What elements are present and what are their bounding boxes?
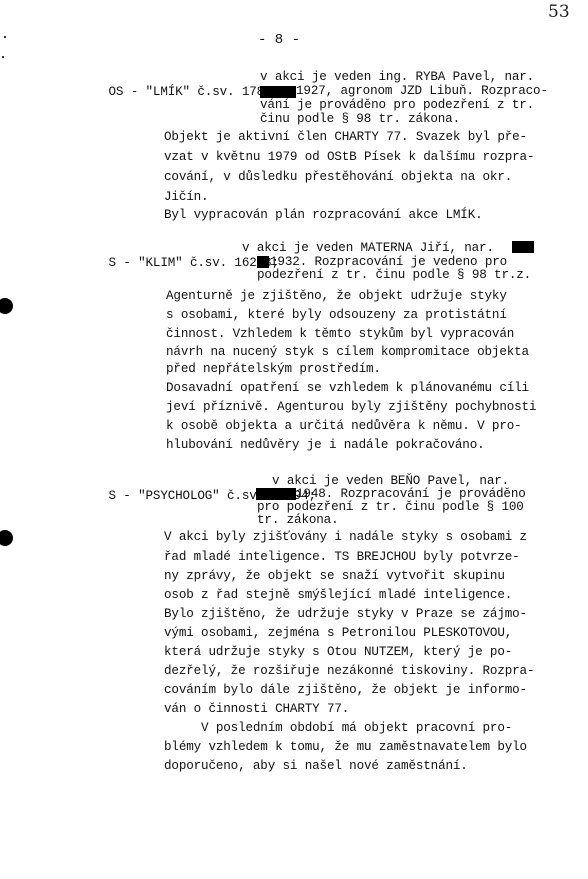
body-line: dezřelý, že rozšiřuje nezákonné tiskovin… — [164, 664, 534, 679]
body-line: cování, v důsledku přestěhování objekta … — [164, 170, 512, 185]
body-line: ny zprávy, že objekt se snaží vytvořit s… — [164, 569, 505, 584]
body-line: blémy vzhledem k tomu, že mu zaměstnavat… — [164, 740, 527, 755]
entry-code: S — [108, 489, 115, 503]
redaction-box — [512, 241, 534, 253]
header-line: v akci je veden MATERNA Jiří, nar. — [242, 241, 494, 256]
redaction-box — [257, 256, 269, 268]
header-line: vání je prováděno pro podezření z tr. — [260, 98, 534, 113]
body-line: Agenturně je zjištěno, že objekt udržuje… — [166, 289, 507, 304]
body-line: návrh na nucený styk s cílem kompromitac… — [166, 345, 529, 360]
body-line: vými osobami, zejména s Petronilou PLESK… — [164, 626, 512, 641]
body-line: Objekt je aktivní člen CHARTY 77. Svazek… — [164, 130, 527, 145]
body-line: řad mladé inteligence. TS BREJCHOU byly … — [164, 550, 520, 565]
action-name: "PSYCHOLOG" — [138, 489, 219, 503]
body-line: hlubování nedůvěry je i nadále pokračová… — [166, 438, 485, 453]
header-line: podezření z tr. činu podle § 98 tr.z. — [257, 268, 531, 283]
header-line: 1927, agronom JZD Libuň. Rozpraco- — [296, 84, 548, 99]
entry-code: OS — [108, 85, 123, 99]
body-line: k osobě objekta a určitá nedůvěra k němu… — [166, 419, 522, 434]
handwritten-page-number: 53 — [548, 2, 570, 22]
body-line: před nepřátelským prostředím. — [166, 362, 381, 377]
action-name: "LMÍK" — [146, 85, 190, 99]
body-line: vzat v květnu 1979 od OStB Písek k další… — [164, 150, 534, 165]
entry-code: S — [108, 256, 115, 270]
body-line: Bylo zjištěno, že udržuje styky v Praze … — [164, 607, 527, 622]
body-line: která udržuje styky s Otou NUTZEM, který… — [164, 645, 512, 660]
body-line: Dosavadní opatření se vzhledem k plánova… — [166, 381, 529, 396]
punch-hole-bottom — [0, 530, 13, 546]
redaction-box — [256, 488, 296, 500]
body-line: Byl vypracován plán rozpracování akce LM… — [164, 208, 483, 223]
body-line: cováním bylo dále zjištěno, že objekt je… — [164, 683, 527, 698]
body-line: doporučeno, aby si našel nové zaměstnání… — [164, 759, 468, 774]
header-line: v akci je veden ing. RYBA Pavel, nar. — [260, 70, 534, 85]
body-line: s osobami, které byly odsouzeny za proti… — [166, 308, 507, 323]
body-line: jeví příznivě. Agenturou byly zjištěny p… — [166, 400, 536, 415]
redaction-box — [260, 86, 296, 98]
body-line: Jičín. — [164, 190, 208, 205]
action-name: "KLIM" — [138, 256, 182, 270]
entry-prefix: OS - "LMÍK" č.sv. 17858, — [64, 70, 286, 115]
body-line: činnost. Vzhledem k těmto stykům byl vyp… — [166, 327, 514, 342]
speck — [4, 36, 6, 38]
header-line: činu podle § 98 tr. zákona. — [260, 112, 460, 127]
header-line: tr. zákona. — [257, 513, 338, 528]
speck — [2, 56, 4, 58]
page-number: - 8 - — [258, 32, 300, 48]
body-line: osob z řad stejně smýšlející mladé intel… — [164, 588, 512, 603]
body-line: ván o činnosti CHARTY 77. — [164, 702, 349, 717]
body-line: V posledním období má objekt pracovní pr… — [164, 721, 512, 736]
body-line: V akci byly zjišťovány i nadále styky s … — [164, 530, 527, 545]
punch-hole-top — [0, 298, 13, 314]
